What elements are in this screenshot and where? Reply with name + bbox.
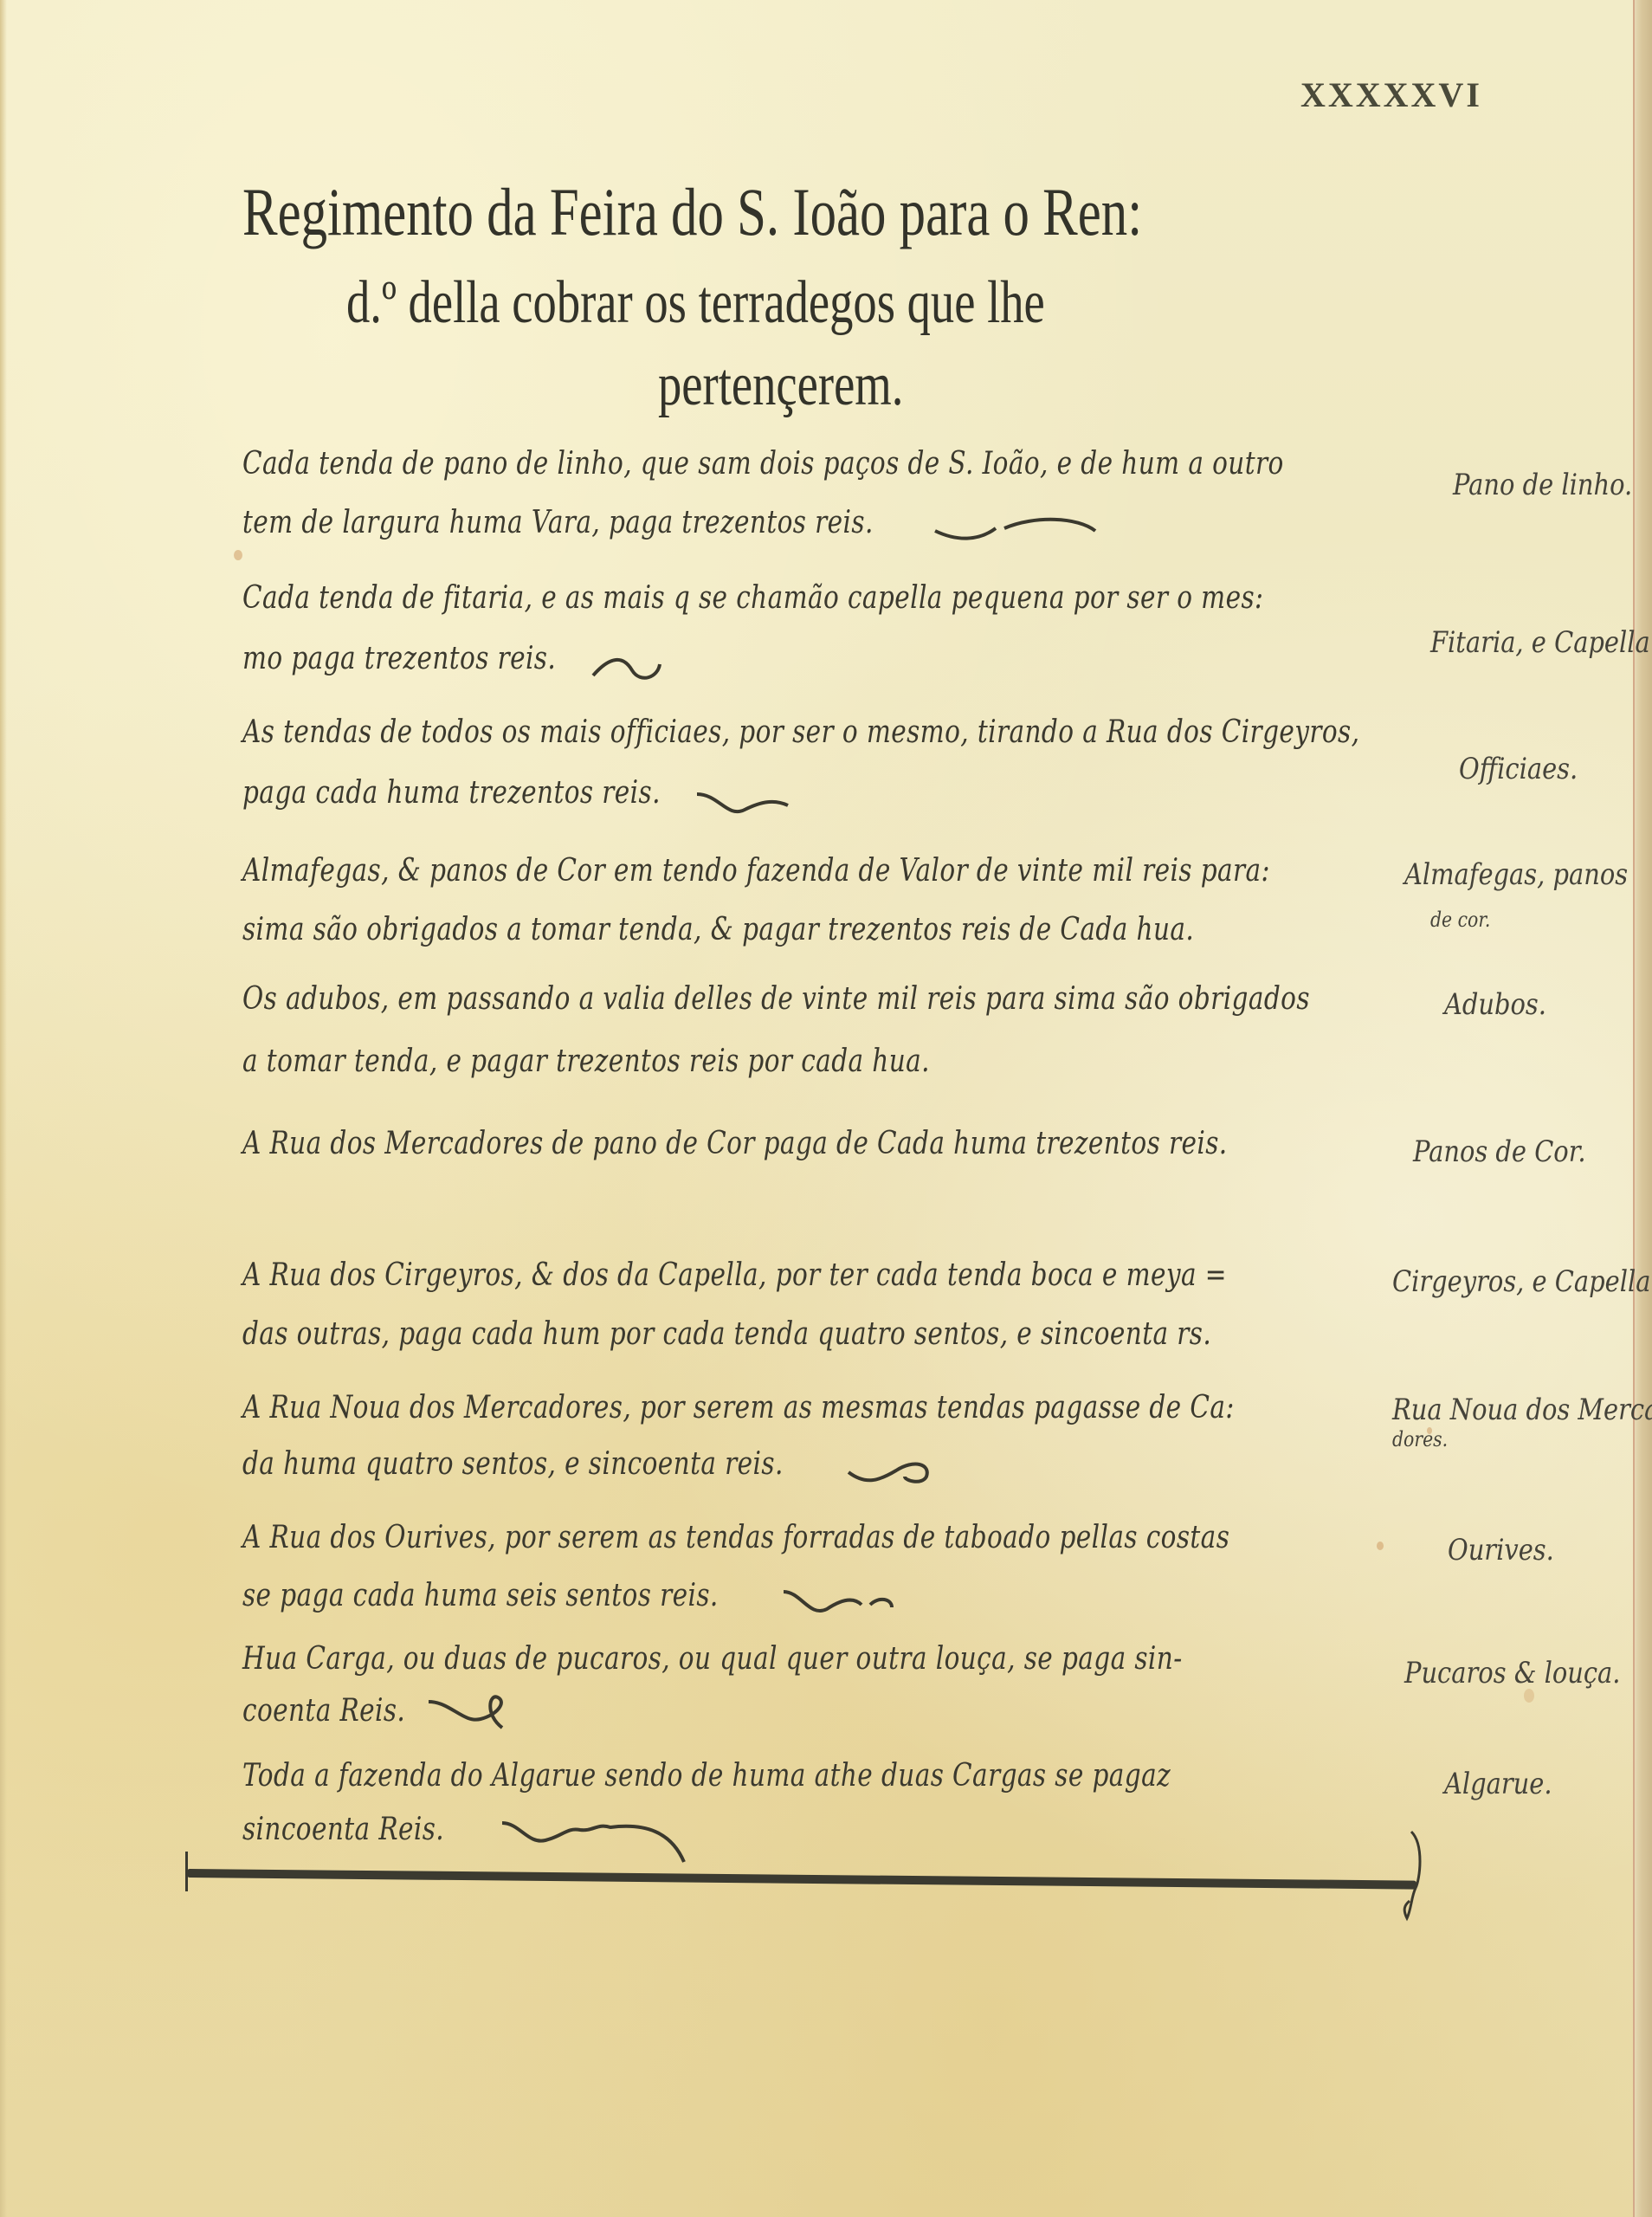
entry-10-line-2: coenta Reis.	[242, 1693, 405, 1729]
margin-note-1: Pano de linho.	[1453, 468, 1632, 502]
margin-note-10: Pucaros & louça.	[1404, 1656, 1620, 1690]
margin-note-4-cont: de cor.	[1430, 908, 1490, 932]
margin-note-5: Adubos.	[1444, 987, 1546, 1022]
margin-note-8-cont: dores.	[1392, 1427, 1448, 1451]
entry-1-line-1: Cada tenda de pano de linho, que sam doi…	[242, 446, 1284, 482]
margin-note-3: Officiaes.	[1459, 752, 1578, 786]
margin-note-9: Ourives.	[1448, 1533, 1554, 1567]
entry-3-line-2: paga cada huma trezentos reis.	[242, 775, 661, 811]
page-right-edge	[1633, 0, 1652, 2217]
stain	[1524, 1689, 1534, 1703]
entry-7-line-1: A Rua dos Cirgeyros, & dos da Capella, p…	[242, 1257, 1227, 1293]
line-end-flourish	[931, 507, 1104, 550]
closing-rule	[187, 1869, 1416, 1890]
entry-2-line-1: Cada tenda de fitaria, e as mais q se ch…	[242, 580, 1263, 616]
line-end-flourish	[779, 1583, 900, 1622]
folio-number: XXXXXVI	[1300, 74, 1482, 115]
entry-7-line-2: das outras, paga cada hum por cada tenda…	[242, 1316, 1211, 1352]
line-end-flourish	[424, 1693, 528, 1736]
line-end-flourish	[693, 784, 797, 823]
entry-1-line-2: tem de largura huma Vara, paga trezentos…	[242, 505, 874, 540]
stain	[1377, 1542, 1384, 1550]
margin-note-4: Almafegas, panos	[1404, 857, 1628, 892]
entry-4-line-1: Almafegas, & panos de Cor em tendo fazen…	[242, 853, 1270, 889]
margin-note-2: Fitaria, e Capella.	[1430, 625, 1652, 660]
entry-11-line-2: sincoenta Reis.	[242, 1812, 444, 1847]
entry-11-line-1: Toda a fazenda do Algarue sendo de huma …	[242, 1758, 1171, 1794]
entry-6-line-1: A Rua dos Mercadores de pano de Cor paga…	[242, 1126, 1228, 1161]
stain	[234, 550, 242, 560]
margin-note-11: Algarue.	[1444, 1767, 1552, 1801]
entry-9-line-1: A Rua dos Ourives, por serem as tendas f…	[242, 1520, 1229, 1555]
line-end-flourish	[844, 1455, 939, 1490]
entry-8-line-2: da huma quatro sentos, e sincoenta reis.	[242, 1446, 784, 1482]
document-title-line-2: d.º della cobrar os terradegos que lhe	[346, 268, 1045, 338]
document-title-line-3: pertençerem.	[658, 351, 903, 420]
margin-note-7: Cirgeyros, e Capella.	[1392, 1264, 1652, 1299]
closing-rule-flourish	[1385, 1827, 1437, 1923]
entry-5-line-1: Os adubos, em passando a valia delles de…	[242, 981, 1310, 1017]
page-left-edge	[0, 0, 7, 2217]
margin-note-8: Rua Noua dos Merca	[1392, 1393, 1652, 1427]
manuscript-page: XXXXXVI Regimento da Feira do S. Ioão pa…	[0, 0, 1652, 2217]
entry-2-line-2: mo paga trezentos reis.	[242, 641, 556, 676]
line-end-flourish	[498, 1814, 706, 1875]
entry-5-line-2: a tomar tenda, e pagar trezentos reis po…	[242, 1044, 930, 1079]
entry-10-line-1: Hua Carga, ou duas de pucaros, ou qual q…	[242, 1641, 1183, 1677]
entry-8-line-1: A Rua Noua dos Mercadores, por serem as …	[242, 1390, 1235, 1425]
entry-9-line-2: se paga cada huma seis sentos reis.	[242, 1578, 719, 1613]
margin-note-6: Panos de Cor.	[1413, 1134, 1586, 1169]
document-title-line-1: Regimento da Feira do S. Ioão para o Ren…	[242, 173, 1142, 251]
entry-4-line-2: sima são obrigados a tomar tenda, & paga…	[242, 912, 1194, 947]
entry-3-line-1: As tendas de todos os mais officiaes, po…	[242, 714, 1359, 750]
line-end-flourish	[589, 651, 667, 686]
